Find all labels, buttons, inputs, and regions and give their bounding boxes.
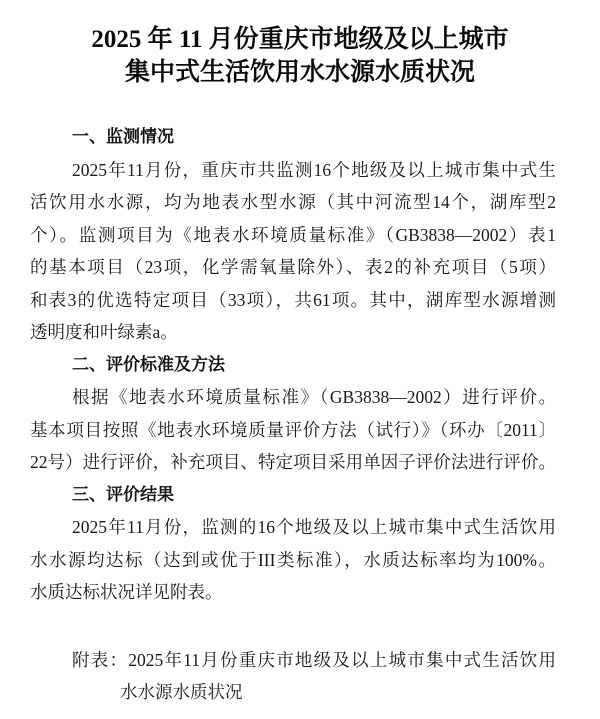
paragraph-line: 透明度和叶绿素a。 bbox=[30, 320, 556, 344]
paragraph-line: 个）。监测项目为《地表水环境质量标准》（GB3838—2002）表1 bbox=[30, 223, 556, 247]
document-title-line-1: 2025 年 11 月份重庆市地级及以上城市 bbox=[0, 23, 600, 56]
paragraph-line: 水水源均达标（达到或优于III类标准），水质达标率均为100%。 bbox=[30, 548, 556, 572]
paragraph-line: 和表3的优选特定项目（33项），共61项。其中，湖库型水源增测 bbox=[30, 288, 556, 312]
paragraph-line: 根据《地表水环境质量标准》（GB3838—2002）进行评价。 bbox=[72, 385, 556, 409]
paragraph-line: 活饮用水水源，均为地表水型水源（其中河流型14个，湖库型2 bbox=[30, 190, 556, 214]
section-heading-results: 三、评价结果 bbox=[72, 483, 174, 507]
appendix-link-continued: 水水源水质状况 bbox=[120, 680, 320, 704]
paragraph-line: 2025年11月份，重庆市共监测16个地级及以上城市集中式生 bbox=[72, 158, 556, 182]
paragraph-line: 的基本项目（23项，化学需氧量除外）、表2的补充项目（5项） bbox=[30, 255, 556, 279]
paragraph-line: 水质达标状况详见附表。 bbox=[30, 580, 556, 604]
section-heading-monitoring: 一、监测情况 bbox=[72, 125, 174, 149]
paragraph-line: 2025年11月份，监测的16个地级及以上城市集中式生活饮用 bbox=[72, 515, 556, 539]
section-heading-standards: 二、评价标准及方法 bbox=[72, 353, 225, 377]
paragraph-line: 22号）进行评价，补充项目、特定项目采用单因子评价法进行评价。 bbox=[30, 450, 556, 474]
paragraph-line: 基本项目按照《地表水环境质量评价方法（试行）》（环办〔2011〕 bbox=[30, 418, 556, 442]
appendix-link: 附表：2025年11月份重庆市地级及以上城市集中式生活饮用 bbox=[72, 648, 556, 672]
document-title-line-2: 集中式生活饮用水水源水质状况 bbox=[0, 56, 600, 89]
